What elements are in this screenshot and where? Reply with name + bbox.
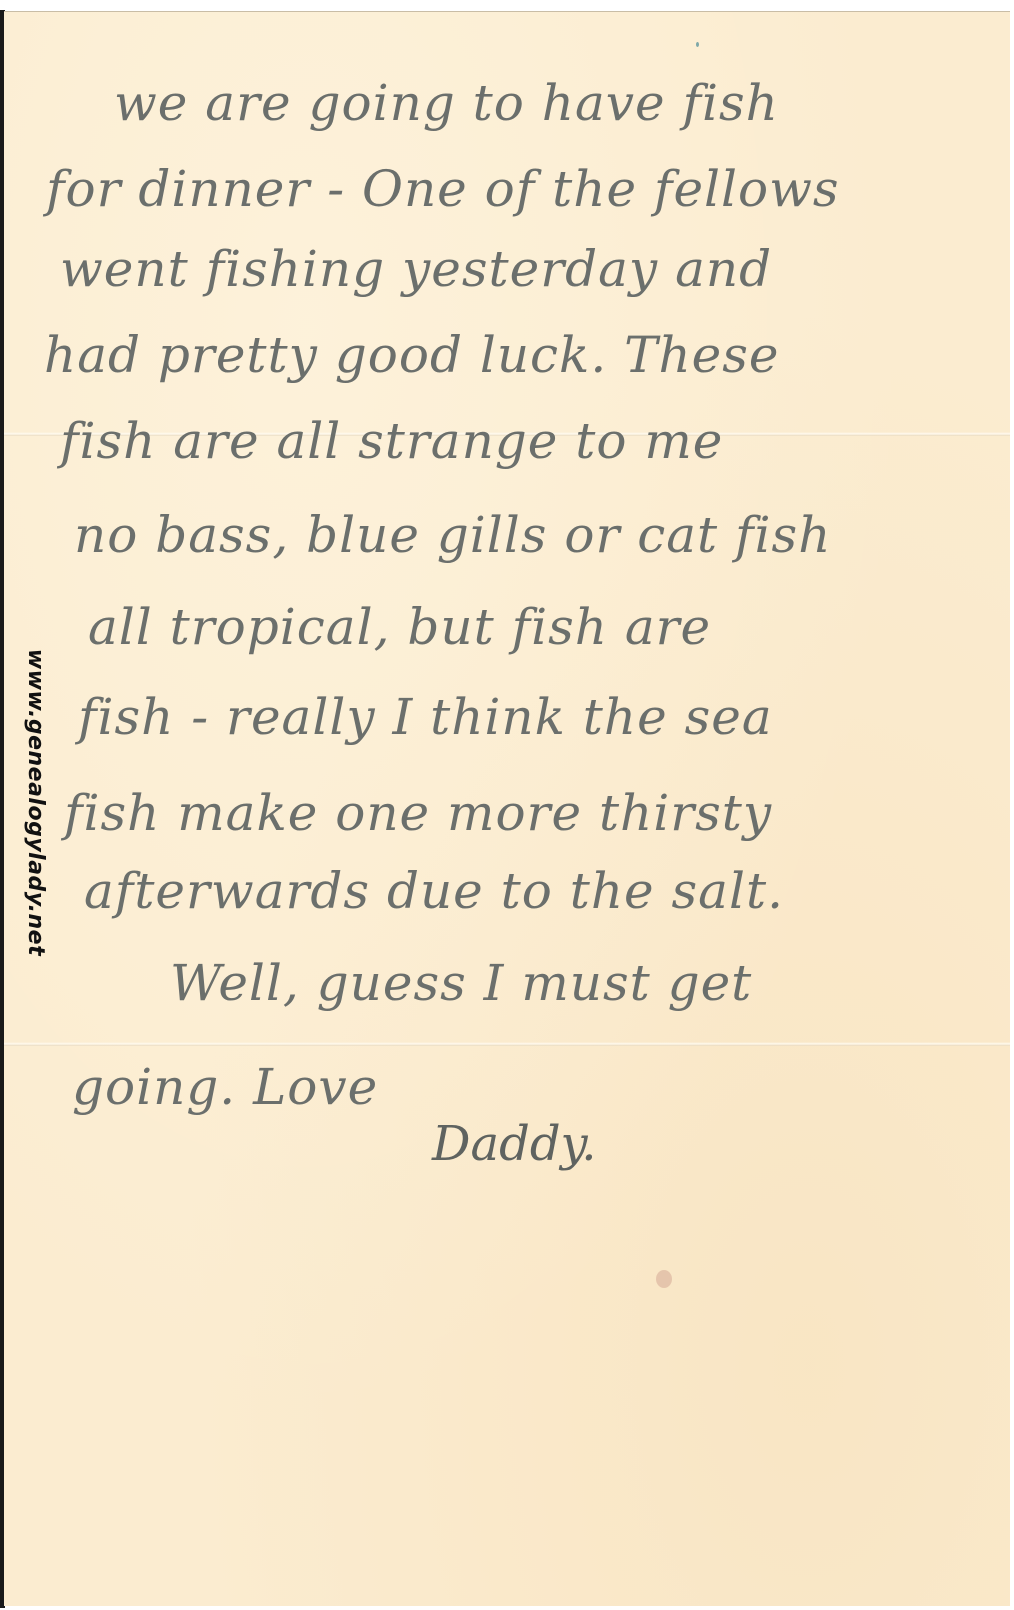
letter-line: we are going to have fish bbox=[114, 74, 779, 132]
letter-page: www.genealogylady.net we are going to ha… bbox=[4, 11, 1010, 1606]
letter-line: went fishing yesterday and bbox=[60, 240, 772, 298]
letter-line: afterwards due to the salt. bbox=[84, 862, 784, 920]
letter-line: all tropical, but fish are bbox=[88, 598, 711, 656]
letter-line: had pretty good luck. These bbox=[44, 326, 780, 384]
letter-line: fish make one more thirsty bbox=[64, 784, 772, 842]
letter-line: for dinner - One of the fellows bbox=[46, 160, 840, 218]
letter-line: no bass, blue gills or cat fish bbox=[74, 506, 831, 564]
letter-line: Well, guess I must get bbox=[170, 954, 752, 1012]
signature: Daddy. bbox=[432, 1116, 597, 1172]
scan-frame: www.genealogylady.net we are going to ha… bbox=[0, 0, 1014, 1610]
letter-line: going. Love bbox=[72, 1058, 378, 1116]
letter-body: we are going to have fish for dinner - O… bbox=[4, 12, 1010, 1606]
letter-line: fish - really I think the sea bbox=[78, 688, 773, 746]
letter-line: fish are all strange to me bbox=[60, 412, 723, 470]
